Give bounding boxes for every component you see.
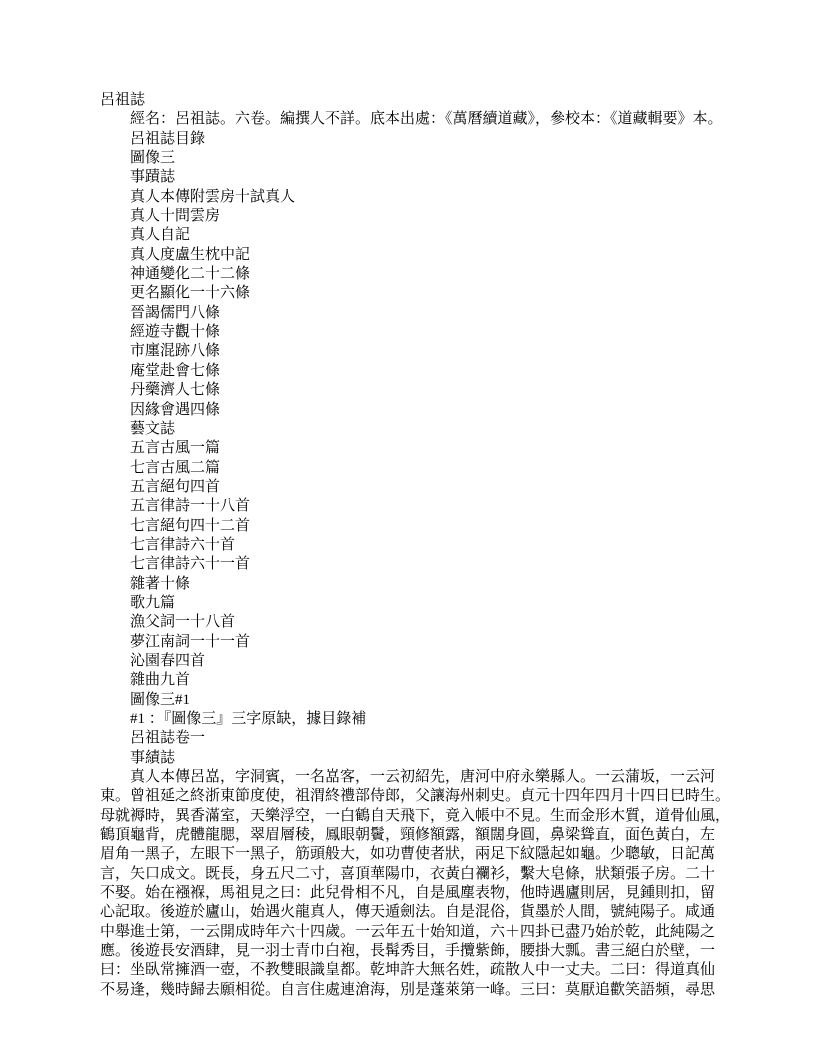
toc-item: 真人十問雲房 [100,207,740,226]
toc-heading: 呂祖誌目錄 [100,130,740,149]
toc-item: 庵堂赴會七條 [100,362,740,381]
paragraph-line: 言，矢口成文。既長，身五尺二寸，喜頂華陽巾，衣黃白襴衫，繫大皂條，狀類張子房。二… [100,865,740,884]
toc-item: 真人本傳附雲房十試真人 [100,188,740,207]
paragraph-line: 曰：坐臥常擁酒一壺，不教雙眼識皇都。乾坤許大無名姓，疏散人中一丈夫。二曰：得道真… [100,961,740,980]
toc-item: 因緣會遇四條 [100,401,740,420]
toc-item: 漁父詞一十八首 [100,613,740,632]
paragraph-line: 中舉進士第，一云開成時年六十四歲。一云年五十始知道，六＋四卦已盡乃始於乾，此純陽… [100,923,740,942]
document-page: 呂祖誌 經名：呂祖誌。六卷。編撰人不詳。底本出處：《萬曆續道藏》，參校本：《道藏… [100,91,740,1000]
toc-item: 雜著十條 [100,575,740,594]
paragraph-line: 母就褥時，異香滿室，天樂浮空，一白鶴自天飛下，竟入帳中不見。生而金形木質，道骨仙… [100,807,740,826]
meta-line: 經名：呂祖誌。六卷。編撰人不詳。底本出處：《萬曆續道藏》，參校本：《道藏輯要》本… [100,110,740,129]
footnote: #1 ：『圖像三』三字原缺，據目錄補 [100,710,740,729]
toc-item: 歌九篇 [100,594,740,613]
toc-item: 五言絕句四首 [100,478,740,497]
toc-item: 五言古風一篇 [100,439,740,458]
toc-item: 雜曲九首 [100,671,740,690]
body-paragraph: 真人本傳呂嵓，字洞賓，一名嵓客，一云初紹先，唐河中府永樂縣人。一云蒲坂，一云河東… [100,768,740,1000]
toc-item: 事蹟誌 [100,168,740,187]
volume-heading: 呂祖誌卷一 [100,729,740,748]
paragraph-line: 不易逢，幾時歸去願相從。自言住處連滄海，別是蓬萊第一峰。三曰：莫厭追歡笑語頻，尋… [100,981,740,1000]
toc-item: 神通變化二十二條 [100,265,740,284]
paragraph-line: 鶴頂龜背，虎體龍腮，翠眉層稜，鳳眼朝鬢，頸修額露，額闊身圓，鼻梁聳直，面色黃白，… [100,826,740,845]
toc-item: 丹藥濟人七條 [100,381,740,400]
toc-item: 七言絕句四十二首 [100,517,740,536]
toc-item: 藝文誌 [100,420,740,439]
toc-item: 更名顯化一十六條 [100,284,740,303]
toc-list: 圖像三事蹟誌真人本傳附雲房十試真人真人十問雲房真人自記真人度盧生枕中記神通變化二… [100,149,740,710]
paragraph-line: 眉角一黑子，左眼下一黑子，筋頭般大，如功曹使者狀，兩足下紋隱起如龜。少聰敏，日記… [100,845,740,864]
toc-item: 圖像三#1 [100,691,740,710]
toc-item: 七言律詩六十首 [100,536,740,555]
paragraph-line: 應。後遊長安酒肆，見一羽士青巾白袍，長髯秀目，手攬紫飾，腰掛大瓢。書三絕白於壁，… [100,942,740,961]
toc-item: 真人自記 [100,226,740,245]
toc-item: 晉謁儒門八條 [100,304,740,323]
paragraph-line: 不娶。始在襁褓，馬祖見之曰：此兒骨相不凡，自是風塵表物，他時遇廬則居，見鍾則扣，… [100,884,740,903]
paragraph-line: 真人本傳呂嵓，字洞賓，一名嵓客，一云初紹先，唐河中府永樂縣人。一云蒲坂，一云河 [100,768,740,787]
document-title: 呂祖誌 [100,91,740,110]
toc-item: 七言律詩六十一首 [100,555,740,574]
toc-item: 沁園春四首 [100,652,740,671]
toc-item: 圖像三 [100,149,740,168]
toc-item: 五言律詩一十八首 [100,497,740,516]
paragraph-line: 東。曾祖延之終浙東節度使，祖渭終禮部侍郎，父讓海州刺史。貞元十四年四月十四日巳時… [100,787,740,806]
section-heading: 事績誌 [100,749,740,768]
toc-item: 真人度盧生枕中記 [100,246,740,265]
toc-item: 市廛混跡八條 [100,342,740,361]
paragraph-line: 心記取。後遊於廬山，始遇火龍真人，傳天遁劍法。自是混俗，貨墨於人間，號純陽子。咸… [100,903,740,922]
toc-item: 七言古風二篇 [100,459,740,478]
toc-item: 夢江南詞一十一首 [100,633,740,652]
toc-item: 經遊寺觀十條 [100,323,740,342]
